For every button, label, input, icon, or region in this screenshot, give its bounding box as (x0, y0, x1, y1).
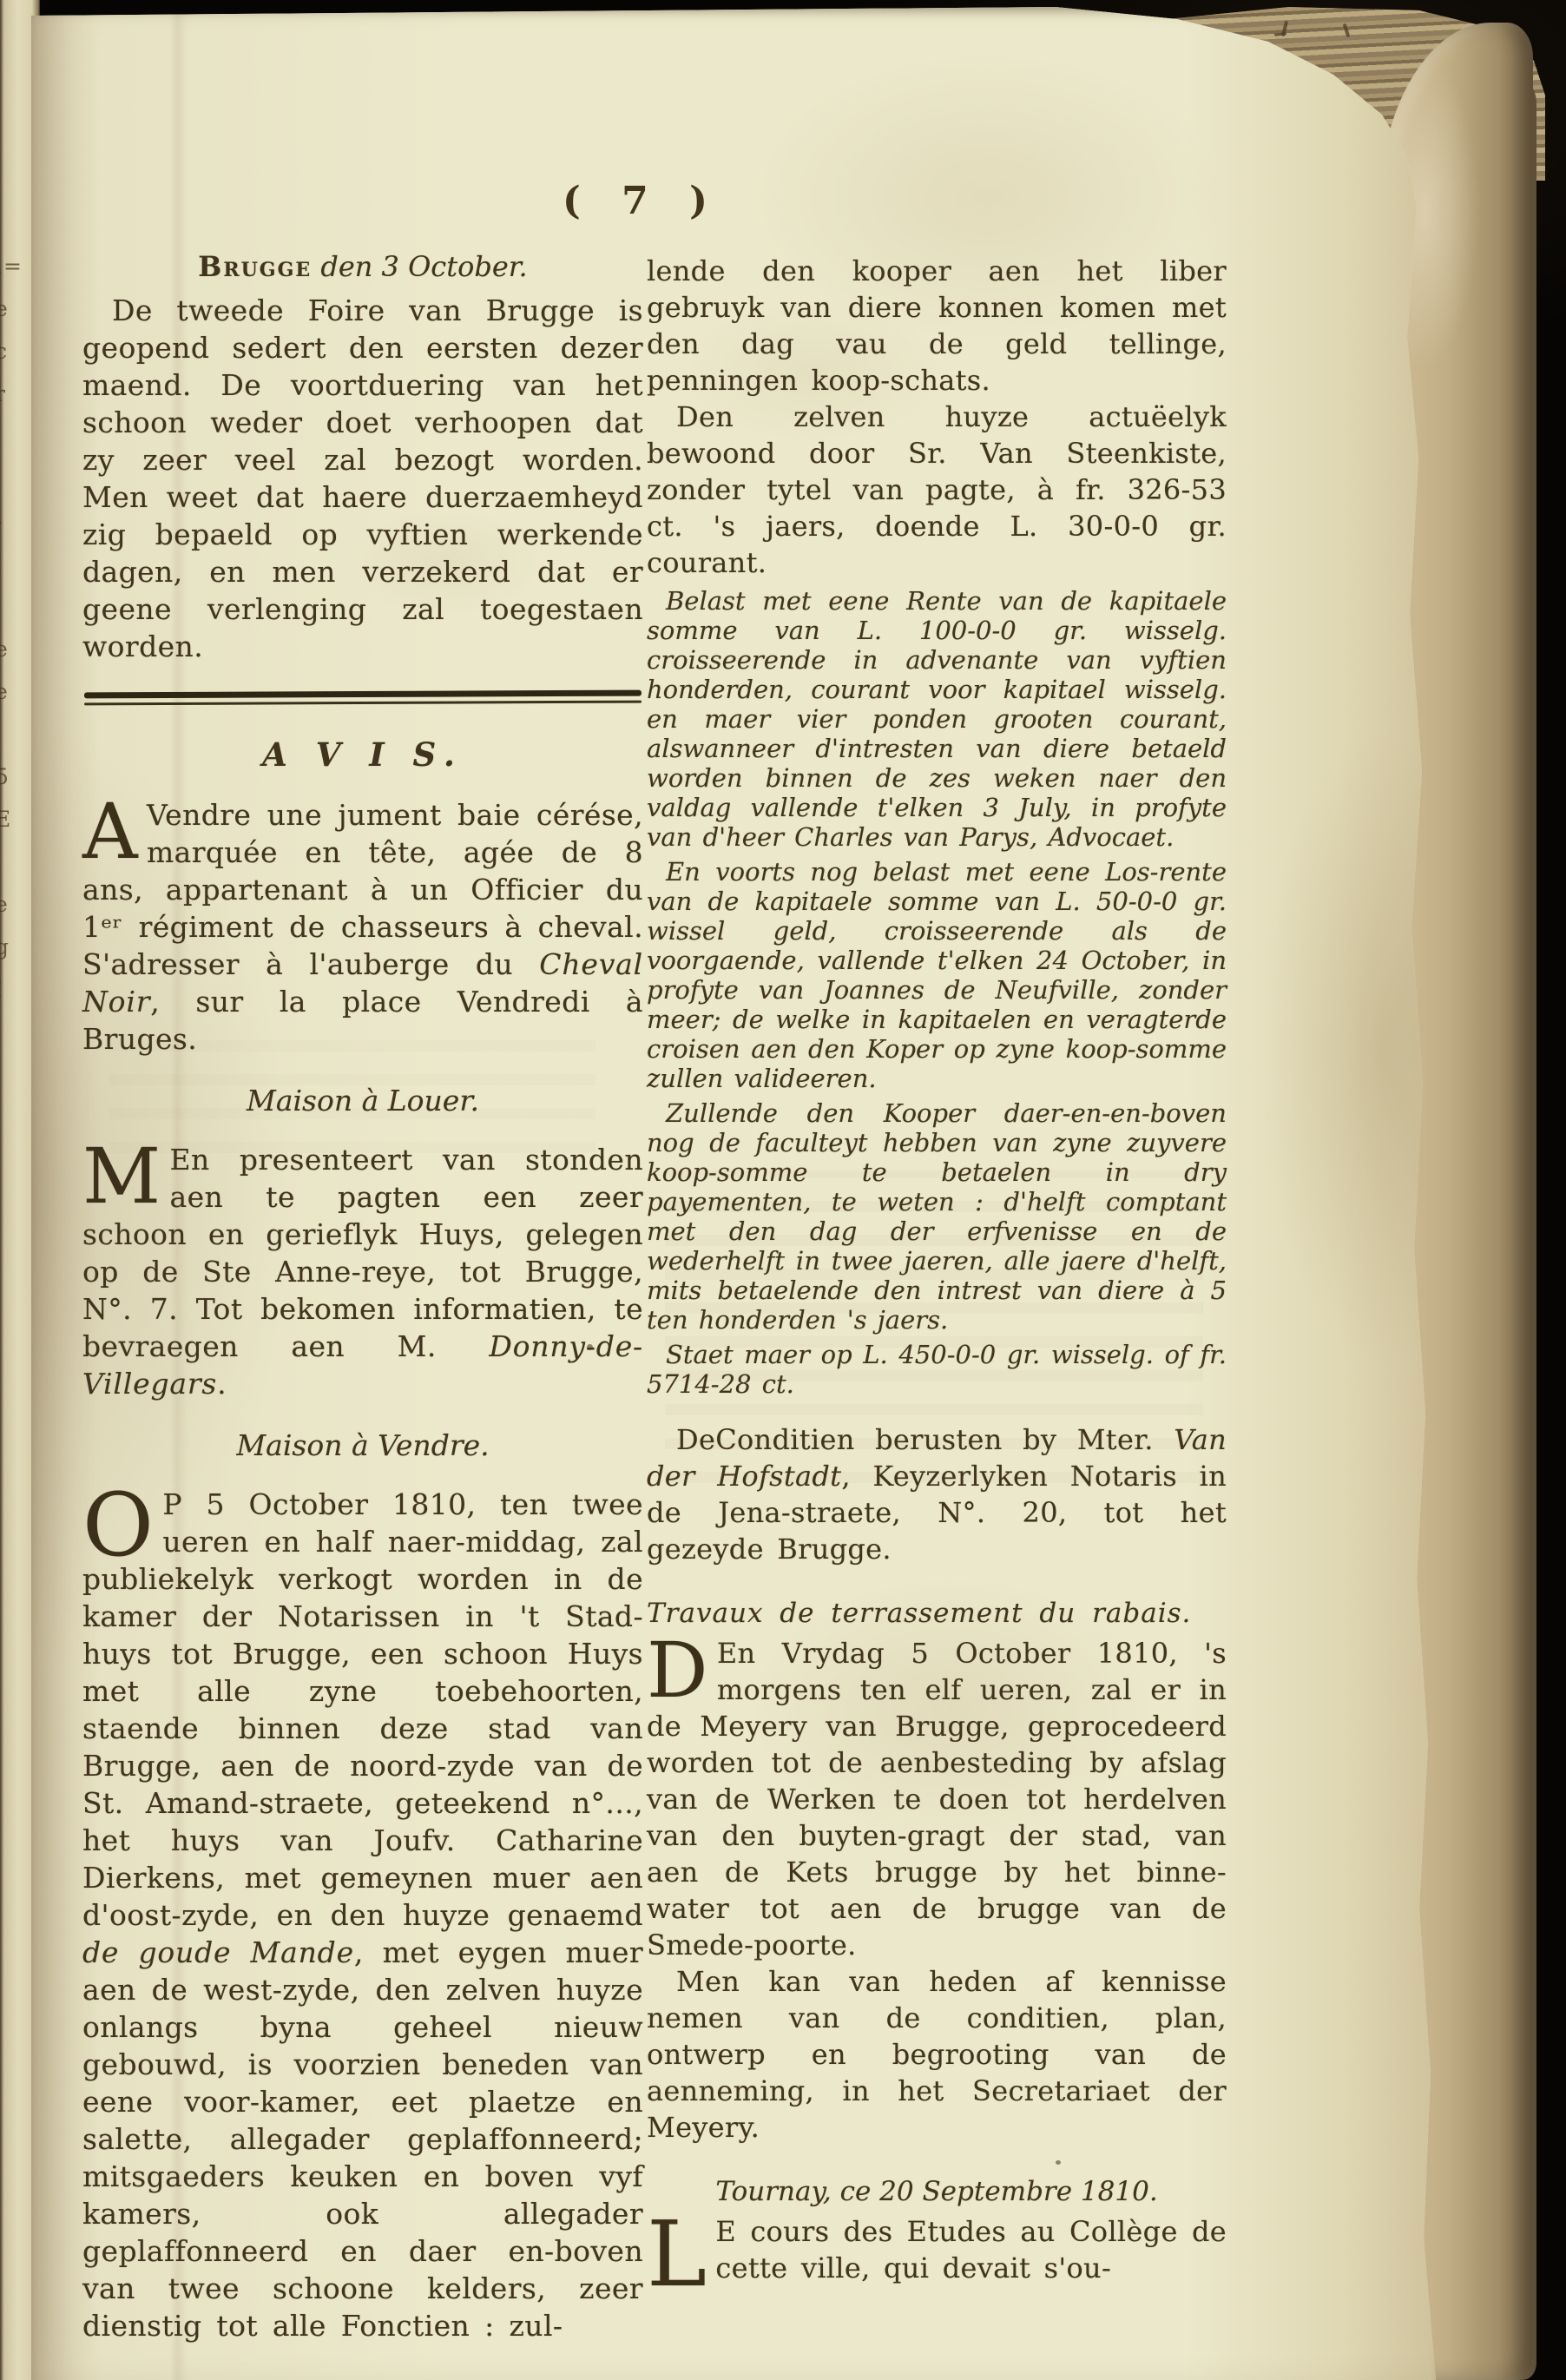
payement-paragraph: Zullende den Kooper daer-en-en-boven nog… (647, 1098, 1227, 1335)
dateline-date: den 3 October. (312, 250, 528, 283)
page: ( 7 ) Brugge den 3 October. De tweede Fo… (31, 7, 1438, 2380)
travaux-dropcap: D (647, 1635, 717, 1701)
continuation-paragraph: lende den kooper aen het liber gebruyk v… (647, 253, 1227, 399)
divider-thin-rule (84, 701, 642, 706)
louer-dropcap: M (82, 1141, 170, 1207)
right-column: lende den kooper aen het liber gebruyk v… (647, 253, 1227, 2290)
losrente-paragraph: En voorts nog belast met eene Los-rente … (647, 857, 1227, 1093)
dateline-city: Brugge (198, 250, 312, 283)
maison-a-vendre-heading: Maison à Vendre. (82, 1428, 643, 1463)
avis-notice: AVendre une jument baie cérése, marquée … (82, 796, 643, 1058)
maison-a-louer-notice: MEn presenteert van stonden aen te pagte… (82, 1141, 643, 1402)
tournay-dropcap: L (647, 2213, 715, 2290)
aenbesteding-notice: DEn Vrydag 5 October 1810, 's morgens te… (647, 1635, 1227, 1963)
vendre-dropcap: O (82, 1486, 162, 1560)
avis-heading: A V I S. (82, 735, 643, 774)
vendre-text: P 5 October 1810, ten twee ueren en half… (82, 1487, 643, 1932)
maison-a-louer-heading: Maison à Louer. (82, 1084, 643, 1118)
conditien-paragraph: DeConditien berusten by Mter. Van der Ho… (647, 1421, 1227, 1567)
tournay-dateline: Tournay, ce 20 Septembre 1810. (647, 2175, 1227, 2208)
tournay-text: E cours des Etudes au Collège de cette v… (715, 2215, 1227, 2284)
tournay-article: LE cours des Etudes au Collège de cette … (647, 2213, 1227, 2286)
scanned-newspaper-page: l= e c r , ' - ! : e e , 5 E ; e g ! ( 7… (0, 0, 1566, 2380)
travaux-text: En Vrydag 5 October 1810, 's morgens ten… (647, 1637, 1227, 1961)
page-number: ( 7 ) (563, 179, 721, 223)
vendre-text-end: , met eygen muer aen de west-zyde, den z… (82, 1935, 643, 2343)
maison-a-vendre-notice: OP 5 October 1810, ten twee ueren en hal… (82, 1486, 643, 2344)
staet-paragraph: Staet maer op L. 450-0-0 gr. wisselg. of… (647, 1340, 1227, 1399)
louer-text-end: . (217, 1367, 227, 1401)
avis-text-end: , sur la place Vendredi à Bruges. (82, 985, 643, 1056)
occupant-paragraph: Den zelven huyze actuëelyk bewoond door … (647, 399, 1227, 581)
divider-thick-rule (84, 690, 642, 699)
avis-dropcap: A (82, 796, 147, 862)
kennisse-paragraph: Men kan van heden af kennisse nemen van … (647, 1963, 1227, 2146)
margin-bleed-letters: l= e c r , ' - ! : e e , 5 E ; e g ! (0, 245, 21, 1011)
travaux-heading: Travaux de terrassement du rabais. (647, 1597, 1227, 1630)
vendre-house-name: de goude Mande (82, 1935, 354, 1969)
conditien-text: DeConditien berusten by Mter. (676, 1423, 1174, 1456)
article-foire: De tweede Foire van Brugge is geopend se… (82, 292, 643, 665)
left-column: Brugge den 3 October. De tweede Foire va… (82, 247, 643, 2344)
section-divider (84, 690, 642, 706)
rente-paragraph: Belast met eene Rente van de kapitaele s… (647, 586, 1227, 852)
dateline-brugge: Brugge den 3 October. (82, 247, 643, 287)
